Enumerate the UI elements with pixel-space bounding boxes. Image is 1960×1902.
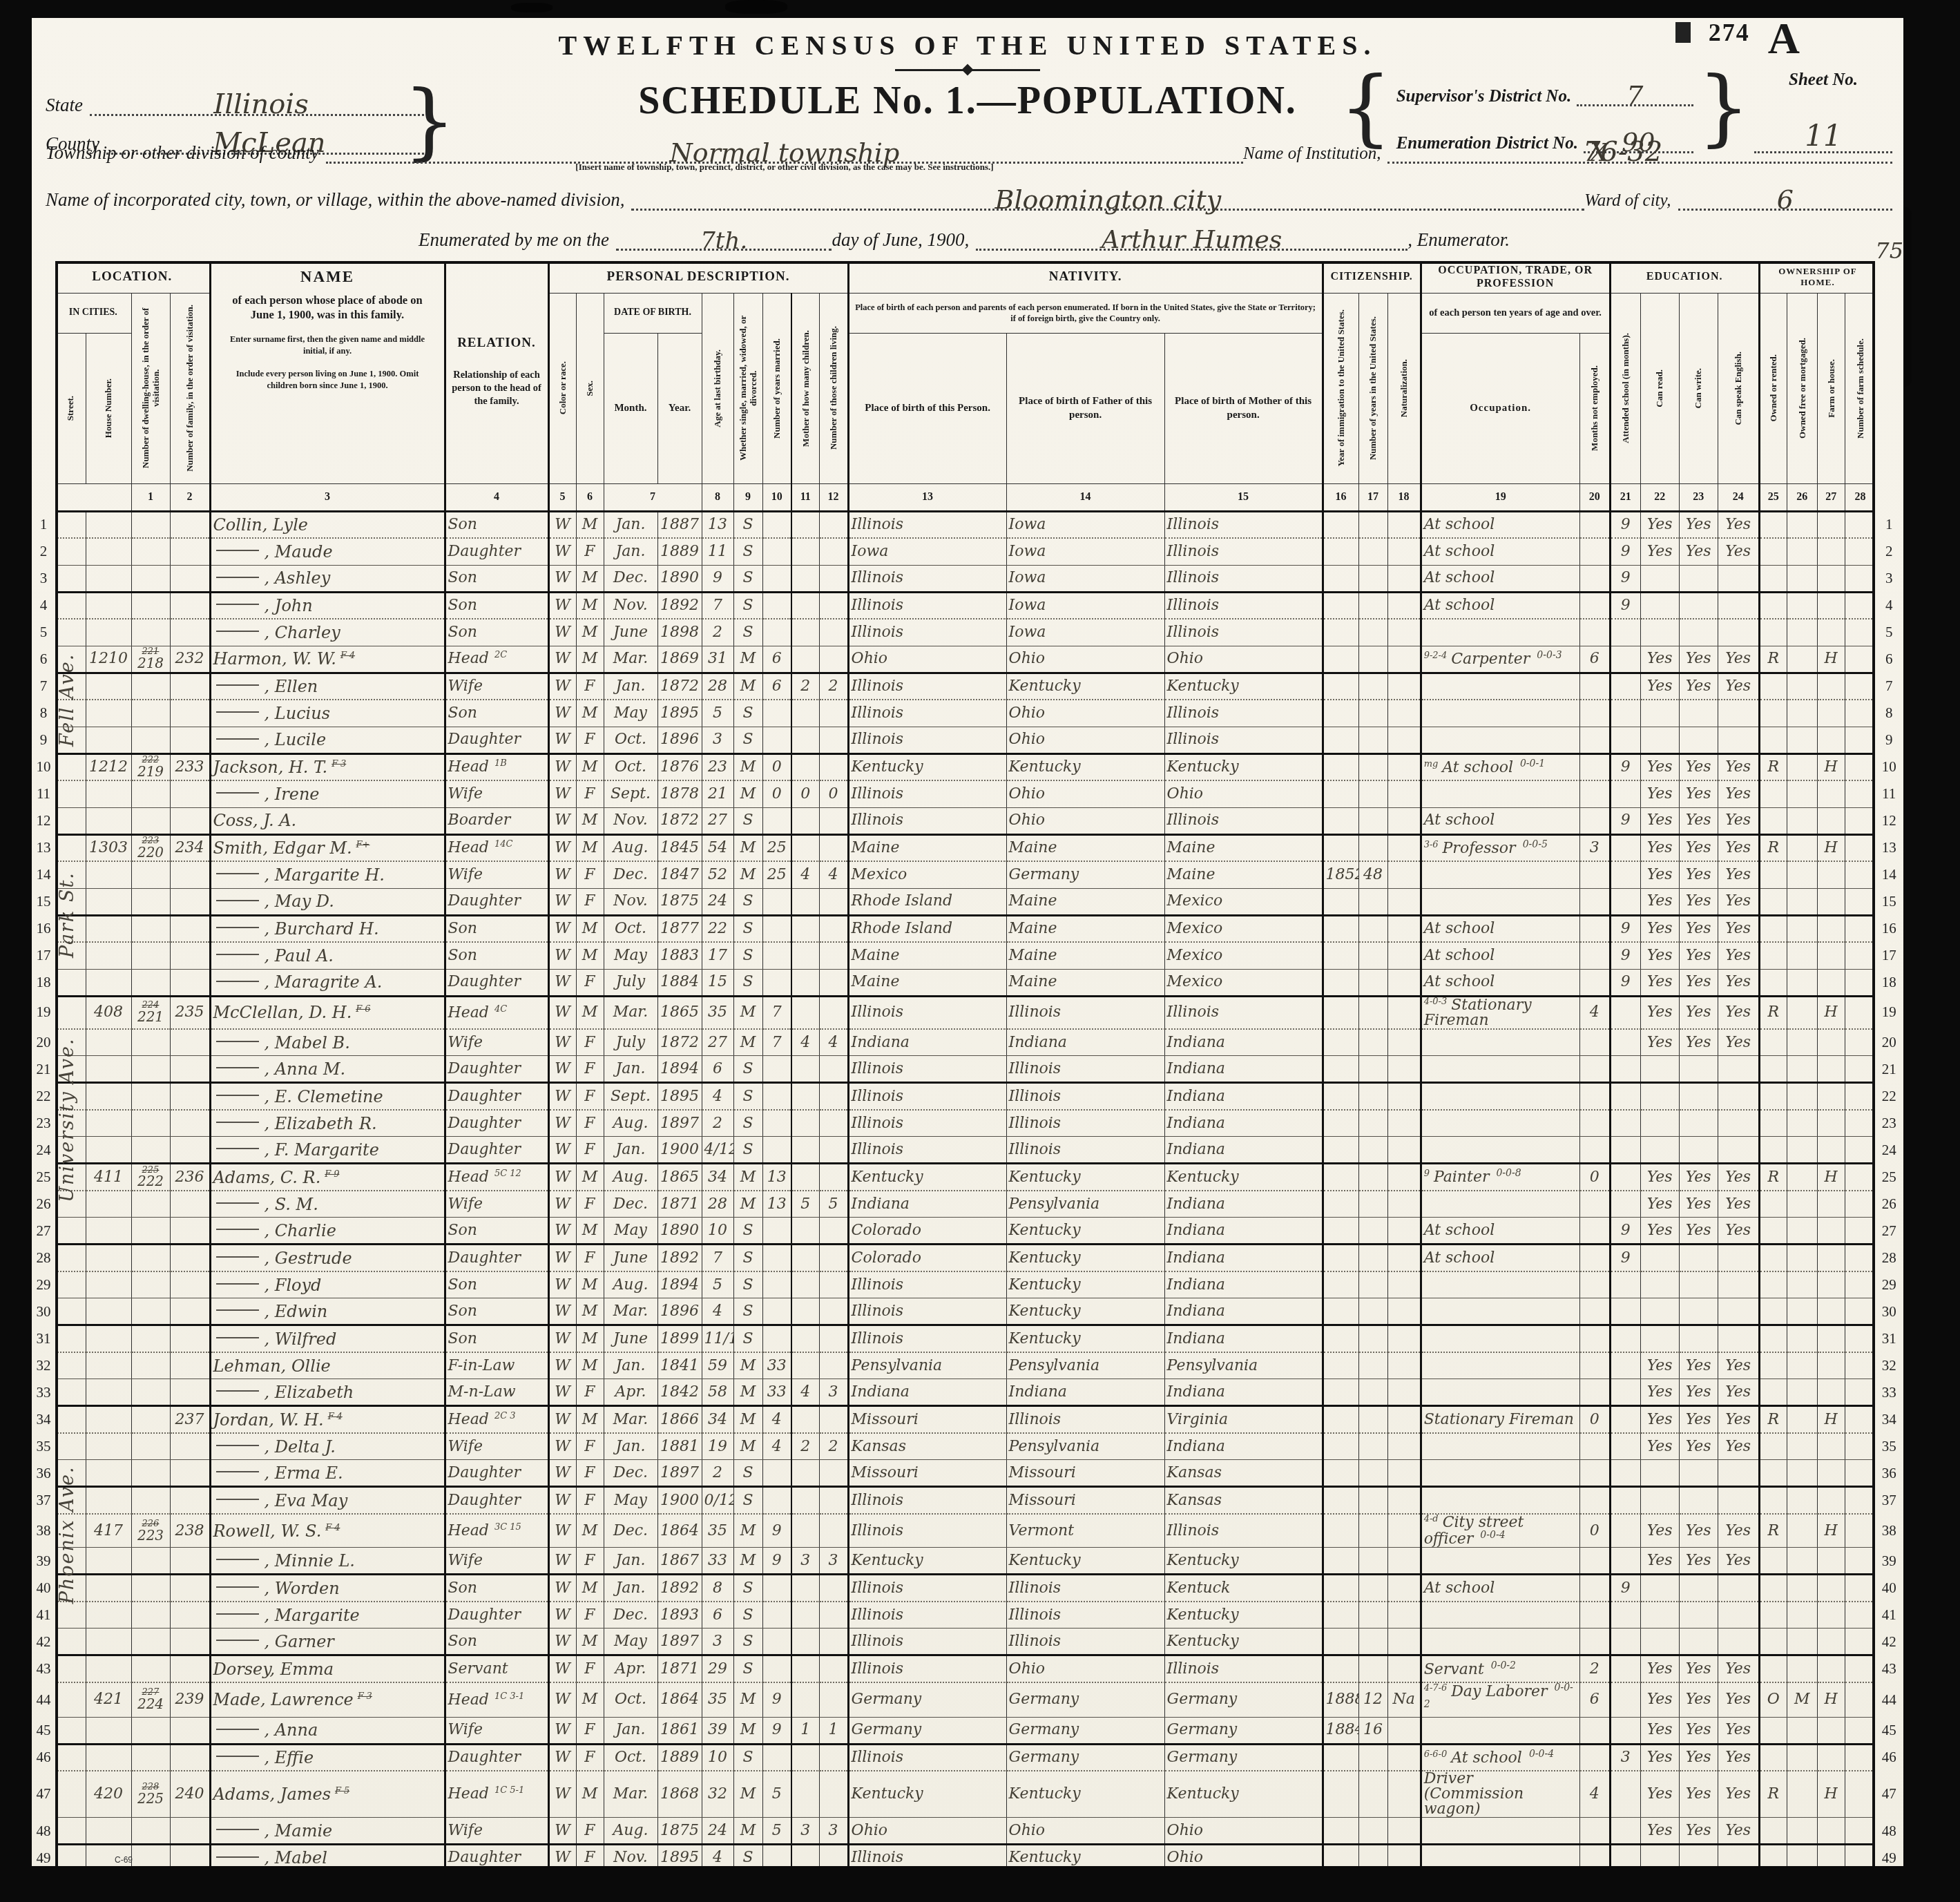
cell-occupation <box>1421 1460 1579 1487</box>
cell-street <box>55 1029 86 1056</box>
cell-children-living <box>819 1575 848 1602</box>
cell-can-speak-english: Yes <box>1718 780 1759 807</box>
cell-birthplace-mother: Mexico <box>1164 888 1323 915</box>
col-header-years-in-us: Number of years in the United States. <box>1358 293 1387 483</box>
cell-can-read <box>1640 1245 1679 1271</box>
cell-years-in-us <box>1358 1744 1387 1771</box>
cell-can-speak-english: Yes <box>1718 1655 1759 1682</box>
cell-birthplace-father: Iowa <box>1006 592 1164 619</box>
cell-age: 0/12 <box>702 1487 733 1514</box>
cell-age: 6 <box>702 1602 733 1629</box>
cell-birthplace-mother: Indiana <box>1164 1218 1323 1245</box>
cell-house-number <box>86 1218 131 1245</box>
cell-years-married <box>762 1298 791 1325</box>
cell-dwelling-number <box>131 1056 170 1083</box>
cell-attended-school <box>1610 1682 1640 1717</box>
cell-birthplace-person: Germany <box>848 1682 1006 1717</box>
cell-age: 28 <box>702 673 733 700</box>
cell-house-number <box>86 1818 131 1845</box>
cell-farm-house <box>1817 915 1845 942</box>
cell-marital-status: S <box>733 888 762 915</box>
cell-family-number <box>170 1245 210 1271</box>
cell-age: 2 <box>702 1110 733 1137</box>
cell-age: 24 <box>702 888 733 915</box>
cell-years-married: 9 <box>762 1682 791 1717</box>
line-number: 23 <box>32 1110 55 1137</box>
cell-dwelling-number <box>131 511 170 538</box>
cell-children-living <box>819 1110 848 1137</box>
table-row: 46, EffieDaughterWFOct.188910SIllinoisGe… <box>32 1744 1903 1771</box>
cell-name: , Erma E. <box>210 1460 445 1487</box>
cell-house-number <box>86 700 131 727</box>
cell-owned-rented <box>1759 1717 1787 1744</box>
cell-sex: F <box>576 1655 604 1682</box>
line-number: 17 <box>1875 942 1903 969</box>
cell-can-write: Yes <box>1679 1164 1718 1191</box>
cell-sex: M <box>576 1352 604 1379</box>
line-number: 24 <box>32 1137 55 1164</box>
cell-birth-year: 1875 <box>657 888 702 915</box>
cell-birthplace-person: Colorado <box>848 1245 1006 1271</box>
line-number: 46 <box>32 1744 55 1771</box>
cell-name: , Paul A. <box>210 942 445 969</box>
cell-free-mortgaged <box>1787 1655 1817 1682</box>
cell-relation: Daughter <box>445 1744 548 1771</box>
line-number: 37 <box>1875 1487 1903 1514</box>
cell-name: Lehman, Ollie <box>210 1352 445 1379</box>
cell-farm-schedule <box>1845 1271 1875 1298</box>
cell-street <box>55 1379 86 1406</box>
cell-immigration-year <box>1323 511 1358 538</box>
cell-sex: M <box>576 511 604 538</box>
cell-age: 10 <box>702 1218 733 1245</box>
cell-immigration-year <box>1323 1352 1358 1379</box>
cell-birthplace-person: Illinois <box>848 511 1006 538</box>
cell-relation: Daughter <box>445 1056 548 1083</box>
cell-house-number <box>86 1744 131 1771</box>
cell-free-mortgaged: M <box>1787 1682 1817 1717</box>
cell-street <box>55 996 86 1029</box>
line-number: 10 <box>1875 753 1903 780</box>
cell-family-number <box>170 1137 210 1164</box>
cell-street <box>55 1717 86 1744</box>
cell-farm-schedule <box>1845 1629 1875 1655</box>
cell-years-in-us <box>1358 1271 1387 1298</box>
cell-years-in-us <box>1358 727 1387 753</box>
cell-birthplace-person: Pensylvania <box>848 1352 1006 1379</box>
cell-birthplace-person: Kentucky <box>848 1771 1006 1818</box>
cell-age: 5 <box>702 700 733 727</box>
cell-can-read <box>1640 1487 1679 1514</box>
cell-occupation <box>1421 1433 1579 1460</box>
cell-birth-year: 1890 <box>657 1218 702 1245</box>
cell-house-number <box>86 969 131 996</box>
cell-birthplace-father: Illinois <box>1006 1406 1164 1433</box>
cell-can-speak-english <box>1718 1575 1759 1602</box>
cell-dwelling-number <box>131 1845 170 1866</box>
cell-age: 29 <box>702 1655 733 1682</box>
cell-can-read: Yes <box>1640 1818 1679 1845</box>
line-number: 12 <box>32 807 55 834</box>
cell-months-not-employed <box>1579 1487 1610 1514</box>
cell-owned-rented <box>1759 565 1787 592</box>
cell-birth-year: 1894 <box>657 1056 702 1083</box>
enumerated-prefix: Enumerated by me on the <box>419 229 616 251</box>
cell-color-race: W <box>548 888 576 915</box>
cell-color-race: W <box>548 565 576 592</box>
cell-street <box>55 1056 86 1083</box>
cell-relation: Son <box>445 700 548 727</box>
cell-dwelling-number <box>131 1137 170 1164</box>
line-number: 4 <box>1875 592 1903 619</box>
table-row: 16, Burchard H.SonWMOct.187722SRhode Isl… <box>32 915 1903 942</box>
cell-can-speak-english <box>1718 1083 1759 1110</box>
cell-birthplace-mother: Mexico <box>1164 969 1323 996</box>
cell-marital-status: M <box>733 834 762 861</box>
cell-immigration-year <box>1323 1029 1358 1056</box>
table-row: 15, May D.DaughterWFNov.187524SRhode Isl… <box>32 888 1903 915</box>
cell-marital-status: M <box>733 673 762 700</box>
cell-dwelling-number <box>131 1191 170 1218</box>
cell-birthplace-mother: Mexico <box>1164 915 1323 942</box>
cell-family-number <box>170 780 210 807</box>
cell-family-number <box>170 1602 210 1629</box>
cell-farm-schedule <box>1845 1083 1875 1110</box>
line-number: 49 <box>1875 1845 1903 1866</box>
cell-street <box>55 1629 86 1655</box>
cell-can-speak-english: Yes <box>1718 888 1759 915</box>
cell-age: 8 <box>702 1575 733 1602</box>
cell-farm-schedule <box>1845 1602 1875 1629</box>
cell-marital-status: S <box>733 1056 762 1083</box>
cell-marital-status: S <box>733 511 762 538</box>
cell-owned-rented <box>1759 1110 1787 1137</box>
cell-birthplace-person: Maine <box>848 969 1006 996</box>
cell-farm-schedule <box>1845 1682 1875 1717</box>
cell-can-write: Yes <box>1679 1818 1718 1845</box>
cell-can-write: Yes <box>1679 1514 1718 1548</box>
col-header-house-number: House Number. <box>86 333 131 483</box>
cell-birth-month: Jan. <box>604 511 657 538</box>
cell-relation: Wife <box>445 780 548 807</box>
cell-mother-of-children <box>791 915 819 942</box>
cell-birth-year: 1877 <box>657 915 702 942</box>
cell-color-race: W <box>548 915 576 942</box>
cell-dwelling-number: 224221 <box>131 996 170 1029</box>
cell-can-read: Yes <box>1640 1352 1679 1379</box>
cell-mother-of-children <box>791 1137 819 1164</box>
cell-name: , Eva May <box>210 1487 445 1514</box>
cell-years-in-us <box>1358 915 1387 942</box>
cell-can-read: Yes <box>1640 538 1679 565</box>
cell-age: 4 <box>702 1083 733 1110</box>
line-number: 38 <box>1875 1514 1903 1548</box>
cell-birthplace-person: Illinois <box>848 1514 1006 1548</box>
cell-birthplace-person: Illinois <box>848 1056 1006 1083</box>
cell-immigration-year <box>1323 1460 1358 1487</box>
cell-naturalization <box>1387 700 1421 727</box>
cell-marital-status: S <box>733 1325 762 1352</box>
line-number: 35 <box>32 1433 55 1460</box>
cell-name: , Floyd <box>210 1271 445 1298</box>
cell-owned-rented: R <box>1759 1771 1787 1818</box>
cell-months-not-employed <box>1579 1818 1610 1845</box>
cell-farm-house <box>1817 942 1845 969</box>
table-row: 45, AnnaWifeWFJan.186139M911GermanyGerma… <box>32 1717 1903 1744</box>
cell-can-speak-english: Yes <box>1718 915 1759 942</box>
cell-birthplace-mother: Indiana <box>1164 1379 1323 1406</box>
cell-owned-rented <box>1759 1602 1787 1629</box>
cell-years-married <box>762 888 791 915</box>
cell-birth-month: Dec. <box>604 861 657 888</box>
cell-can-speak-english: Yes <box>1718 646 1759 673</box>
cell-birthplace-mother: Kentucky <box>1164 1629 1323 1655</box>
col-header-sex: Sex. <box>576 293 604 483</box>
cell-occupation <box>1421 1548 1579 1575</box>
cell-months-not-employed: 0 <box>1579 1164 1610 1191</box>
cell-free-mortgaged <box>1787 1029 1817 1056</box>
cell-name: Collin, Lyle <box>210 511 445 538</box>
cell-years-in-us <box>1358 1218 1387 1245</box>
cell-birthplace-father: Ohio <box>1006 807 1164 834</box>
line-number: 41 <box>32 1602 55 1629</box>
cell-age: 5 <box>702 1271 733 1298</box>
cell-mother-of-children <box>791 888 819 915</box>
cell-can-write: Yes <box>1679 673 1718 700</box>
cell-relation: Servant <box>445 1655 548 1682</box>
cell-children-living <box>819 1325 848 1352</box>
cell-years-married: 5 <box>762 1771 791 1818</box>
cell-children-living <box>819 511 848 538</box>
cell-can-read: Yes <box>1640 942 1679 969</box>
cell-street <box>55 1433 86 1460</box>
cell-sex: M <box>576 700 604 727</box>
cell-family-number <box>170 861 210 888</box>
cell-can-speak-english: Yes <box>1718 1406 1759 1433</box>
cell-owned-rented <box>1759 592 1787 619</box>
cell-sex: F <box>576 861 604 888</box>
cell-years-married <box>762 619 791 646</box>
cell-farm-schedule <box>1845 1487 1875 1514</box>
cell-naturalization <box>1387 1083 1421 1110</box>
cell-sex: F <box>576 673 604 700</box>
cell-naturalization <box>1387 888 1421 915</box>
table-row: 18, Maragrite A.DaughterWFJuly188415SMai… <box>32 969 1903 996</box>
cell-naturalization <box>1387 1325 1421 1352</box>
cell-attended-school <box>1610 1110 1640 1137</box>
cell-birthplace-person: Illinois <box>848 1110 1006 1137</box>
cell-family-number <box>170 1487 210 1514</box>
cell-free-mortgaged <box>1787 996 1817 1029</box>
supervisor-district-value: 7 <box>1626 80 1643 111</box>
cell-farm-house <box>1817 888 1845 915</box>
cell-birthplace-mother: Illinois <box>1164 592 1323 619</box>
cell-birth-month: Oct. <box>604 915 657 942</box>
cell-relation: Daughter <box>445 1460 548 1487</box>
cell-color-race: W <box>548 1460 576 1487</box>
cell-farm-schedule <box>1845 996 1875 1029</box>
cell-farm-schedule <box>1845 942 1875 969</box>
cell-name: , Minnie L. <box>210 1548 445 1575</box>
supervisor-district-label: Supervisor's District No. <box>1396 87 1577 106</box>
cell-marital-status: S <box>733 1271 762 1298</box>
cell-naturalization <box>1387 646 1421 673</box>
cell-dwelling-number <box>131 538 170 565</box>
cell-birthplace-mother: Indiana <box>1164 1433 1323 1460</box>
col-header-children-living: Number of those children living. <box>819 293 848 483</box>
cell-owned-rented <box>1759 1325 1787 1352</box>
cell-birthplace-mother: Indiana <box>1164 1083 1323 1110</box>
cell-can-read: Yes <box>1640 1514 1679 1548</box>
cell-can-speak-english: Yes <box>1718 1218 1759 1245</box>
table-row: 11, IreneWifeWFSept.187821M000IllinoisOh… <box>32 780 1903 807</box>
cell-children-living <box>819 619 848 646</box>
cell-farm-schedule <box>1845 1575 1875 1602</box>
cell-birth-month: Nov. <box>604 807 657 834</box>
cell-immigration-year <box>1323 1110 1358 1137</box>
cell-attended-school: 3 <box>1610 1744 1640 1771</box>
line-number: 1 <box>32 511 55 538</box>
cell-free-mortgaged <box>1787 619 1817 646</box>
cell-mother-of-children <box>791 1083 819 1110</box>
cell-can-speak-english <box>1718 1110 1759 1137</box>
line-number: 28 <box>1875 1245 1903 1271</box>
cell-age: 3 <box>702 1629 733 1655</box>
cell-naturalization <box>1387 727 1421 753</box>
cell-years-in-us <box>1358 1460 1387 1487</box>
cell-farm-house <box>1817 1029 1845 1056</box>
cell-color-race: W <box>548 1744 576 1771</box>
cell-age: 35 <box>702 996 733 1029</box>
cell-birthplace-father: Kentucky <box>1006 673 1164 700</box>
cell-free-mortgaged <box>1787 565 1817 592</box>
cell-occupation <box>1421 1298 1579 1325</box>
cell-house-number <box>86 1548 131 1575</box>
cell-can-read: Yes <box>1640 753 1679 780</box>
cell-family-number <box>170 807 210 834</box>
line-number: 9 <box>32 727 55 753</box>
cell-street <box>55 1744 86 1771</box>
cell-marital-status: S <box>733 1575 762 1602</box>
cell-occupation <box>1421 1191 1579 1218</box>
cell-marital-status: S <box>733 1298 762 1325</box>
col-header-street: Street. <box>55 333 86 483</box>
cell-years-in-us <box>1358 1818 1387 1845</box>
col-header-occupation: Occupation. <box>1421 333 1579 483</box>
line-number: 29 <box>1875 1271 1903 1298</box>
cell-birth-month: Dec. <box>604 565 657 592</box>
cell-house-number <box>86 915 131 942</box>
cell-farm-schedule <box>1845 1514 1875 1548</box>
cell-age: 24 <box>702 1818 733 1845</box>
cell-birth-year: 1895 <box>657 1845 702 1866</box>
cell-farm-house: H <box>1817 834 1845 861</box>
cell-attended-school <box>1610 646 1640 673</box>
cell-birthplace-father: Kentucky <box>1006 1548 1164 1575</box>
scan-artifact <box>511 3 553 12</box>
cell-relation: Son <box>445 592 548 619</box>
line-number: 20 <box>1875 1029 1903 1056</box>
cell-immigration-year: 1888 <box>1323 1682 1358 1717</box>
cell-can-speak-english: Yes <box>1718 834 1759 861</box>
cell-can-write <box>1679 1083 1718 1110</box>
cell-birthplace-person: Iowa <box>848 538 1006 565</box>
cell-birthplace-mother: Pensylvania <box>1164 1352 1323 1379</box>
cell-years-in-us <box>1358 565 1387 592</box>
cell-name: , May D. <box>210 888 445 915</box>
cell-occupation <box>1421 1137 1579 1164</box>
cell-house-number <box>86 780 131 807</box>
cell-dwelling-number <box>131 619 170 646</box>
cell-marital-status: S <box>733 969 762 996</box>
cell-mother-of-children <box>791 1110 819 1137</box>
cell-can-speak-english: Yes <box>1718 673 1759 700</box>
line-number: 24 <box>1875 1137 1903 1164</box>
cell-naturalization <box>1387 861 1421 888</box>
cell-can-read <box>1640 1325 1679 1352</box>
cell-birthplace-person: Rhode Island <box>848 915 1006 942</box>
cell-family-number <box>170 1433 210 1460</box>
cell-family-number <box>170 565 210 592</box>
cell-free-mortgaged <box>1787 1602 1817 1629</box>
cell-immigration-year <box>1323 1164 1358 1191</box>
cell-street <box>55 1110 86 1137</box>
cell-farm-schedule <box>1845 1029 1875 1056</box>
cell-children-living: 3 <box>819 1818 848 1845</box>
col-header-pob-father: Place of birth of Father of this person. <box>1006 333 1164 483</box>
cell-age: 54 <box>702 834 733 861</box>
form-header: TWELFTH CENSUS OF THE UNITED STATES. SCH… <box>32 18 1903 261</box>
cell-birth-year: 1866 <box>657 1406 702 1433</box>
cell-marital-status: S <box>733 1602 762 1629</box>
table-row: 25411225222236Adams, C. R.F-9Head5C 12WM… <box>32 1164 1903 1191</box>
cell-occupation: At school <box>1421 942 1579 969</box>
cell-owned-rented <box>1759 1548 1787 1575</box>
cell-color-race: W <box>548 780 576 807</box>
cell-mother-of-children <box>791 1487 819 1514</box>
cell-farm-schedule <box>1845 1406 1875 1433</box>
cell-color-race: W <box>548 619 576 646</box>
cell-can-speak-english: Yes <box>1718 1771 1759 1818</box>
page-stamp: 274 A <box>1675 18 1800 61</box>
cell-attended-school: 9 <box>1610 1575 1640 1602</box>
cell-children-living <box>819 1602 848 1629</box>
cell-children-living <box>819 1218 848 1245</box>
cell-farm-house <box>1817 1245 1845 1271</box>
cell-birthplace-mother: Ohio <box>1164 1845 1323 1866</box>
cell-can-speak-english: Yes <box>1718 1191 1759 1218</box>
cell-birth-year: 1896 <box>657 1298 702 1325</box>
cell-can-speak-english: Yes <box>1718 1433 1759 1460</box>
table-row: 1Collin, LyleSonWMJan.188713SIllinoisIow… <box>32 511 1903 538</box>
stamp-mark-icon <box>1675 22 1691 43</box>
cell-years-married <box>762 1487 791 1514</box>
cell-relation: Head2C <box>445 646 548 673</box>
cell-free-mortgaged <box>1787 1744 1817 1771</box>
cell-mother-of-children <box>791 727 819 753</box>
cell-street <box>55 969 86 996</box>
cell-relation: Boarder <box>445 807 548 834</box>
cell-years-in-us <box>1358 969 1387 996</box>
table-row: 42, GarnerSonWMMay18973SIllinoisIllinois… <box>32 1629 1903 1655</box>
cell-relation: Daughter <box>445 1602 548 1629</box>
cell-name: , E. Clemetine <box>210 1083 445 1110</box>
scan-artifact <box>725 0 787 14</box>
cell-marital-status: S <box>733 538 762 565</box>
cell-free-mortgaged <box>1787 673 1817 700</box>
cell-months-not-employed <box>1579 538 1610 565</box>
cell-owned-rented: R <box>1759 1164 1787 1191</box>
